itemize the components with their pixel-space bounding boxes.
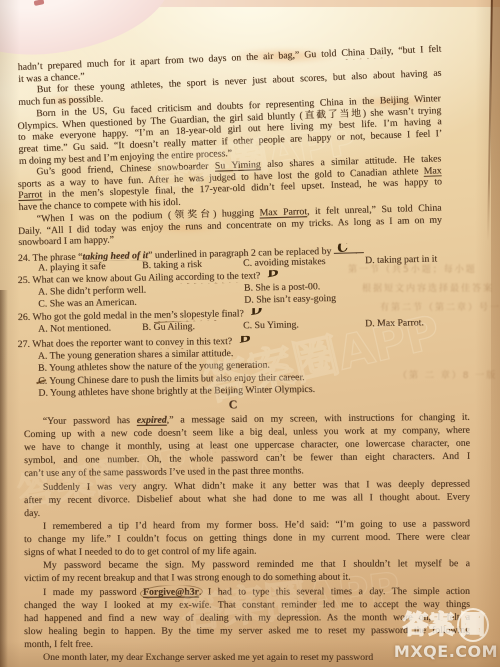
photographed-exam-page: 第一节（共5小题；每小题 根据短文内容选择最佳答案 有第二节（第二章）号一版 （…: [0, 0, 500, 667]
handwritten-answer-25: B: [267, 271, 279, 273]
passage-c-paragraph-2: Suddenly I was very angry. What didn’t m…: [24, 477, 470, 520]
text-segment: month, I felt free.: [24, 639, 93, 650]
text-segment: can’t use any of the same passwords I’ve…: [24, 466, 304, 480]
text-segment: 26. Who got the gold medal in the: [18, 310, 154, 323]
text-segment: One month later, my dear Exchange server…: [43, 652, 373, 663]
text-segment: according to the: [176, 271, 239, 283]
text-segment: signs of what I needed to do to get cont…: [24, 546, 256, 558]
text-segment: to change my life.” I couldn’t focus on …: [24, 532, 470, 546]
text-segment: Max Parrot: [259, 206, 307, 218]
option-26-d: D. Max Parrot.: [365, 317, 448, 331]
underlined-su-yiming: Su Yiming: [215, 159, 261, 171]
question-27: 27. What does the reporter want to conve…: [18, 333, 449, 400]
text-line: I made my password Forgive@h3r. I had to…: [24, 584, 470, 598]
text-segment: My password became the sign. My password…: [43, 559, 470, 572]
text-segment: C.: [38, 375, 47, 386]
text-segment: , “but I felt: [391, 44, 442, 57]
handwritten-answer-27: B: [239, 337, 251, 339]
page-edge-shadow: [491, 0, 500, 595]
passage-c-paragraph-1: “Your password has expired,” a message s…: [24, 411, 471, 481]
handwritten-answer-24: C: [337, 247, 348, 249]
text-segment: snowboard I am happy.”: [18, 235, 114, 249]
exam-text: hadn’t prepared much for it apart from t…: [18, 62, 478, 664]
option-26-a: A. Not mentioned.: [38, 322, 142, 336]
underlined-forgive-password: Forgive@h3r: [143, 586, 199, 597]
text-segment: “Your password has: [43, 415, 137, 427]
underlined-china-daily: China Daily: [341, 46, 391, 59]
left-edge-shadow: [0, 290, 8, 667]
text-segment: D. Young athletes have shone brightly at…: [38, 384, 315, 399]
handwritten-answer-26: D: [251, 309, 263, 311]
text-segment: text?: [239, 271, 263, 282]
option-26-b: B. Gu Ailing.: [142, 320, 243, 334]
logo-site-url: MXQE.COM: [393, 642, 499, 661]
text-segment: day.: [24, 508, 40, 519]
text-segment: C: [229, 398, 238, 412]
text-segment: character, one lowercase character, one: [294, 438, 470, 451]
text-segment: . I had to type this several times a day…: [199, 585, 470, 597]
logo-text: 答案: [403, 610, 455, 639]
text-segment: final?: [219, 308, 246, 319]
text-line: victim of my recent breakup and that I w…: [24, 571, 470, 586]
text-segment: victim of my recent breakup and that I w…: [24, 572, 351, 584]
passage-c-paragraph-4: My password became the sign. My password…: [24, 558, 470, 586]
text-segment: Max: [423, 165, 441, 177]
passage-c-paragraph-3: I remembered a tip I’d heard from my for…: [24, 517, 470, 559]
text-segment: I made my password: [43, 586, 143, 597]
text-segment: A.: [38, 351, 48, 362]
text-segment: at least one uppercase: [196, 440, 294, 452]
underlined-expired: expired: [137, 415, 167, 426]
option-24-d: D. taking part in it: [365, 253, 448, 267]
answer-site-logo: 答案圈 MXQE.COM: [393, 608, 499, 661]
logo-characters: 答案圈: [393, 608, 499, 642]
text-segment: 27. What does the reporter want to: [18, 337, 156, 350]
underlined-max-parrot: Parrot: [18, 190, 42, 202]
text-segment: convey: [156, 337, 184, 348]
text-segment: we have to change it monthly, using: [24, 441, 196, 454]
text-segment: men’s slopestyle: [154, 309, 219, 321]
text-segment: after my recent divorce. Disbelief about…: [24, 491, 470, 506]
logo-circled-character: 圈: [457, 608, 489, 642]
text-segment: in this text?: [184, 336, 235, 348]
option-26-c: C. Su Yiming.: [243, 318, 365, 332]
